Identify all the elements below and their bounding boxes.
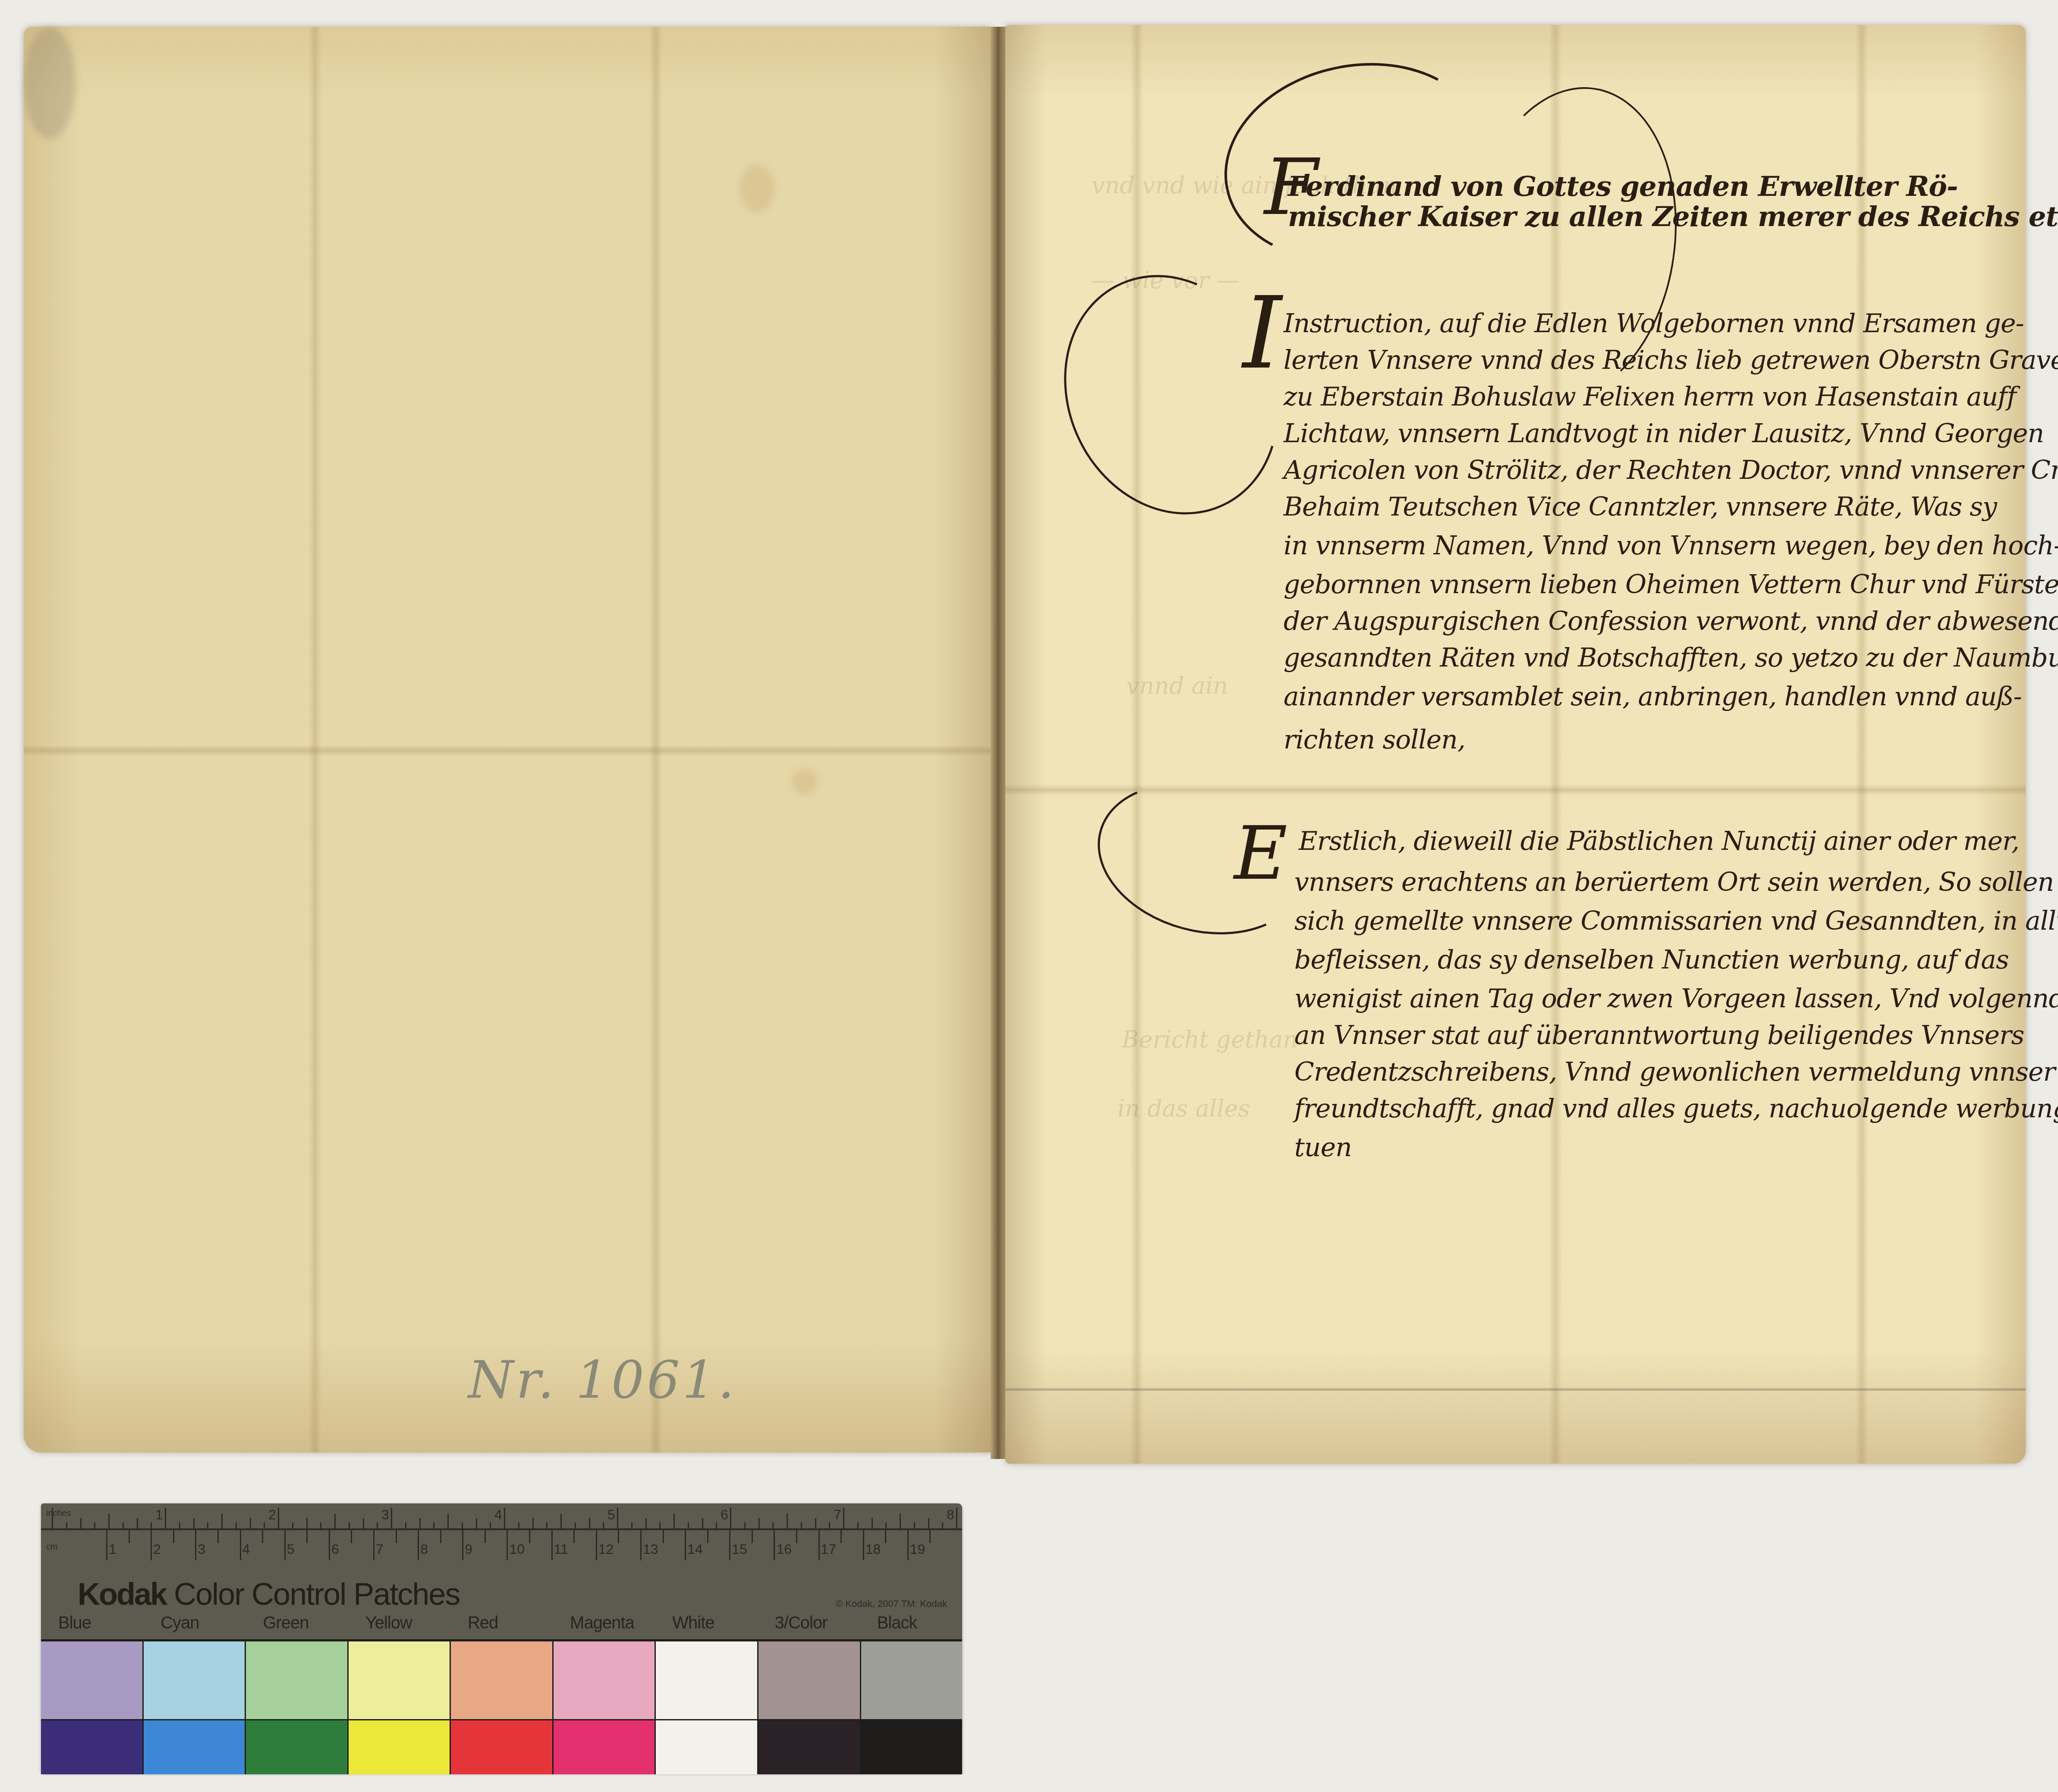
kodak-product-name: Color Control Patches: [174, 1577, 459, 1612]
patch-light-black: [860, 1641, 963, 1721]
cm-tick-label: 16: [776, 1541, 792, 1557]
ruler-tick: [560, 1514, 562, 1528]
ruler-tick: [729, 1530, 730, 1560]
patch-label-yellow: Yellow: [365, 1613, 412, 1633]
fold-crease: [1855, 25, 1868, 1464]
ruler-tick: [573, 1530, 575, 1543]
cm-tick-label: 1: [109, 1541, 116, 1557]
paragraph-1-line: Lichtaw, vnnsern Landtvogt in nider Laus…: [1284, 418, 2044, 449]
inch-tick-label: 3: [381, 1507, 389, 1523]
ruler-tick: [292, 1522, 293, 1528]
fold-crease: [308, 27, 321, 1452]
stain: [792, 769, 818, 795]
paragraph-2-line: wenigist ainen Tag oder zwen Vorgeen las…: [1294, 984, 2058, 1014]
ruler-tick: [195, 1530, 196, 1560]
ruler-tick: [716, 1522, 717, 1528]
paragraph-2-line: an Vnnser stat auf überanntwortung beili…: [1294, 1020, 2024, 1050]
ruler-tick: [956, 1508, 957, 1528]
ruler-tick: [815, 1518, 816, 1528]
ruler-tick: [589, 1518, 590, 1528]
ruler-tick: [685, 1530, 686, 1560]
inch-tick-label: 6: [721, 1507, 728, 1523]
ruler-tick: [707, 1530, 708, 1543]
ruler-tick: [752, 1530, 753, 1543]
ruler-tick: [640, 1530, 642, 1560]
cm-tick-label: 8: [420, 1541, 428, 1557]
patch-light-3-color: [757, 1641, 860, 1721]
ruler-tick: [603, 1522, 604, 1528]
cm-tick-label: 17: [821, 1541, 837, 1557]
ruler-tick: [137, 1518, 138, 1528]
paragraph-2-line: tuen: [1294, 1132, 1352, 1163]
cm-tick-label: 9: [465, 1541, 472, 1557]
ruler-tick: [351, 1530, 352, 1543]
patch-light-blue: [41, 1641, 142, 1721]
ruler-tick: [94, 1522, 95, 1528]
cm-tick-label: 11: [554, 1541, 568, 1557]
ruler-tick: [532, 1518, 534, 1528]
ruler-tick: [306, 1530, 308, 1543]
bleed-through-text: in das alles: [1117, 1095, 1250, 1122]
cm-tick-label: 19: [910, 1541, 925, 1557]
patch-saturated-cyan: [142, 1720, 245, 1774]
inch-tick-label: 2: [268, 1507, 276, 1523]
ruler-tick: [440, 1530, 441, 1543]
ruler-tick: [843, 1508, 844, 1528]
ruler-tick: [462, 1522, 463, 1528]
ruler-tick: [518, 1522, 519, 1528]
paragraph-1-line: Instruction, auf die Edlen Wolgebornen v…: [1284, 308, 2024, 339]
ruler-tick: [659, 1522, 661, 1528]
ruler-tick: [801, 1522, 802, 1528]
paragraph-1-line: gebornnen vnnsern lieben Oheimen Vettern…: [1284, 569, 2058, 600]
ruler-tick: [418, 1530, 419, 1560]
patch-light-yellow: [347, 1641, 450, 1721]
paragraph-1-line: gesanndten Räten vnd Botschafften, so ye…: [1284, 643, 2058, 673]
heading-line-2: mischer Kaiser zu allen Zeiten merer des…: [1288, 201, 2058, 233]
ruler-tick: [221, 1514, 223, 1528]
patch-saturated-green: [245, 1720, 347, 1774]
ruler-tick: [914, 1522, 915, 1528]
ruler-tick: [744, 1522, 746, 1528]
ruler-tick: [165, 1508, 166, 1528]
ruler-tick: [217, 1530, 219, 1543]
ruler-tick: [504, 1508, 505, 1528]
ruler-tick: [617, 1508, 618, 1528]
paragraph-2-line: sich gemellte vnnsere Commissarien vnd G…: [1294, 906, 2058, 936]
kodak-copyright: © Kodak, 2007 TM: Kodak: [836, 1598, 947, 1610]
ruler-tick: [551, 1530, 553, 1560]
ruler-tick: [405, 1522, 406, 1528]
ruler-divider: [41, 1528, 962, 1530]
ruler-tick: [774, 1530, 775, 1560]
paragraph-1-line: in vnnserm Namen, Vnnd von Vnnsern wegen…: [1284, 531, 2058, 561]
ruler-tick: [264, 1522, 265, 1528]
ruler-tick: [840, 1530, 842, 1543]
ruler-tick: [929, 1530, 931, 1543]
ruler-tick: [373, 1530, 374, 1560]
ruler-tick: [462, 1530, 463, 1560]
inch-tick-label: 7: [834, 1507, 841, 1523]
ruler-tick: [329, 1530, 330, 1560]
ruler-tick: [631, 1522, 633, 1528]
paragraph-2-line: Credentzschreibens, Vnnd gewonlichen ver…: [1294, 1057, 2055, 1087]
ruler-tick: [529, 1530, 530, 1543]
ruler-tick: [447, 1514, 449, 1528]
stain: [740, 165, 774, 212]
patch-row-light: [41, 1639, 962, 1721]
patch-light-red: [450, 1641, 552, 1721]
paragraph-2-line: freundtschafft, gnad vnd alles guets, na…: [1294, 1094, 2058, 1124]
ruler-tick: [645, 1518, 647, 1528]
pencil-annotation: Nr. 1061.: [468, 1350, 737, 1410]
cm-tick-label: 7: [376, 1541, 384, 1557]
patch-label-green: Green: [263, 1613, 308, 1633]
inch-tick-label: 1: [155, 1507, 163, 1523]
kodak-title: Kodak Color Control Patches: [78, 1577, 459, 1612]
ruler-tick: [928, 1518, 929, 1528]
ruler-tick: [485, 1530, 486, 1543]
ruler-tick: [618, 1530, 619, 1543]
ruler-tick: [758, 1518, 760, 1528]
patch-saturated-black: [860, 1720, 963, 1774]
initial-I-letter: I: [1243, 276, 1282, 391]
patch-label-black: Black: [877, 1613, 917, 1633]
ruler-tick: [433, 1522, 434, 1528]
patch-light-cyan: [142, 1641, 245, 1721]
ruler-tick: [673, 1514, 675, 1528]
ruler-tick: [250, 1518, 251, 1528]
patch-saturated-yellow: [347, 1720, 450, 1774]
bleed-through-text: Bericht gethan: [1122, 1026, 1298, 1053]
ruler-tick: [278, 1508, 279, 1528]
ruler-tick: [129, 1530, 130, 1543]
inch-tick-label: 5: [607, 1507, 615, 1523]
bleed-through-text: vnnd ain: [1126, 672, 1228, 699]
patch-saturated-magenta: [552, 1720, 655, 1774]
kodak-brand: Kodak: [78, 1577, 166, 1612]
ruler-tick: [334, 1514, 336, 1528]
ruler-tick: [262, 1530, 263, 1543]
ruler-tick: [80, 1518, 82, 1528]
ruler-tick: [123, 1522, 124, 1528]
paragraph-1-line: der Augspurgischen Confession verwont, v…: [1284, 606, 2058, 636]
ruler-tick: [66, 1522, 67, 1528]
ruler-tick: [900, 1514, 901, 1528]
cm-tick-label: 10: [509, 1541, 525, 1557]
ruler-tick: [942, 1522, 943, 1528]
ruler-tick: [377, 1522, 378, 1528]
ruler-tick: [236, 1522, 237, 1528]
cm-tick-label: 4: [242, 1541, 250, 1557]
ruler-tick: [363, 1518, 364, 1528]
cm-tick-label: 13: [643, 1541, 658, 1557]
patch-label-3-color: 3/Color: [775, 1613, 828, 1633]
inch-tick-label: 4: [494, 1507, 502, 1523]
ruler-tick: [320, 1522, 321, 1528]
ruler-tick: [207, 1522, 208, 1528]
paragraph-1-line: ainannder versamblet sein, anbringen, ha…: [1284, 682, 2022, 712]
cm-tick-label: 18: [865, 1541, 881, 1557]
patch-label-cyan: Cyan: [160, 1613, 199, 1633]
ruler-tick: [106, 1530, 107, 1560]
ruler-tick: [857, 1522, 859, 1528]
paragraph-1-line: Agricolen von Strölitz, der Rechten Doct…: [1284, 455, 2058, 485]
ruler-tick: [885, 1530, 886, 1543]
ruler-tick: [151, 1530, 152, 1560]
ruler-tick: [772, 1522, 774, 1528]
patch-saturated-blue: [41, 1720, 142, 1774]
patch-row-saturated: [41, 1719, 962, 1774]
patch-label-white: White: [672, 1613, 714, 1633]
cm-tick-label: 2: [153, 1541, 161, 1557]
fold-crease: [24, 745, 992, 756]
ruler-tick: [391, 1508, 392, 1528]
paragraph-2-line: befleissen, das sy denselben Nunctien we…: [1294, 945, 2009, 975]
patch-saturated-3-color: [757, 1720, 860, 1774]
patch-labels: BlueCyanGreenYellowRedMagentaWhite3/Colo…: [41, 1613, 962, 1635]
ruler-cm-label: cm: [46, 1542, 58, 1552]
patch-light-white: [655, 1641, 757, 1721]
patch-light-magenta: [552, 1641, 655, 1721]
ruler-tick: [907, 1530, 909, 1560]
ruler-tick: [575, 1522, 576, 1528]
patch-saturated-red: [450, 1720, 552, 1774]
ruler-tick: [396, 1530, 397, 1543]
patch-label-blue: Blue: [58, 1613, 91, 1633]
page-edge-line: [1005, 1388, 2026, 1391]
left-page: [24, 27, 992, 1452]
ruler-tick: [151, 1522, 152, 1528]
ruler-tick: [476, 1518, 477, 1528]
ruler-tick: [688, 1522, 689, 1528]
ruler-tick: [885, 1522, 887, 1528]
ruler-tick: [863, 1530, 864, 1560]
ruler-tick: [829, 1522, 830, 1528]
ruler-tick: [596, 1530, 597, 1560]
cm-tick-label: 5: [287, 1541, 295, 1557]
cm-tick-label: 14: [687, 1541, 703, 1557]
cm-tick-label: 6: [331, 1541, 339, 1557]
fold-crease: [649, 27, 662, 1452]
initial-E-letter: E: [1234, 811, 1287, 896]
ruler-tick: [52, 1508, 53, 1528]
ruler-tick: [663, 1530, 664, 1543]
ruler-tick: [546, 1522, 548, 1528]
kodak-color-control-strip: inches cm 12345678 123456789101112131415…: [41, 1503, 962, 1773]
ruler: inches cm 12345678 123456789101112131415…: [41, 1503, 962, 1577]
ruler-tick: [306, 1518, 308, 1528]
paragraph-2-line: Erstlich, dieweill die Päbstlichen Nunct…: [1299, 826, 2019, 856]
cm-tick-label: 12: [598, 1541, 614, 1557]
ruler-tick: [108, 1514, 110, 1528]
patch-label-red: Red: [468, 1613, 498, 1633]
ruler-tick: [179, 1522, 180, 1528]
patch-light-green: [245, 1641, 347, 1721]
cm-tick-label: 3: [198, 1541, 205, 1557]
ruler-tick: [730, 1508, 731, 1528]
paragraph-2-line: vnnsers erachtens an berüertem Ort sein …: [1294, 867, 2054, 897]
fold-crease: [1130, 25, 1143, 1464]
patch-saturated-white: [655, 1720, 757, 1774]
ruler-tick: [419, 1518, 421, 1528]
ruler-tick: [787, 1514, 788, 1528]
inch-tick-label: 8: [947, 1507, 954, 1523]
ruler-tick: [796, 1530, 797, 1543]
ruler-tick: [240, 1530, 241, 1560]
ruler-tick: [490, 1522, 491, 1528]
patch-label-magenta: Magenta: [570, 1613, 634, 1633]
paragraph-1-line: Behaim Teutschen Vice Canntzler, vnnsere…: [1284, 492, 1997, 522]
ruler-tick: [284, 1530, 286, 1560]
ruler-tick: [872, 1518, 873, 1528]
ruler-tick: [349, 1522, 350, 1528]
paragraph-1-line: zu Eberstain Bohuslaw Felixen herrn von …: [1284, 382, 2016, 412]
heading-line-1: Ferdinand von Gottes genaden Erwellter R…: [1288, 170, 1958, 203]
ruler-tick: [173, 1530, 174, 1543]
ruler-tick: [193, 1518, 195, 1528]
ruler-tick: [818, 1530, 820, 1560]
cm-tick-label: 15: [732, 1541, 747, 1557]
ruler-tick: [702, 1518, 703, 1528]
ruler-inches-label: inches: [46, 1509, 71, 1518]
ruler-tick: [507, 1530, 508, 1560]
paragraph-1-line: lerten Vnnsere vnnd des Reichs lieb getr…: [1284, 345, 2058, 375]
paragraph-1-line: richten sollen,: [1284, 725, 1465, 755]
corner-damage: [24, 27, 76, 139]
